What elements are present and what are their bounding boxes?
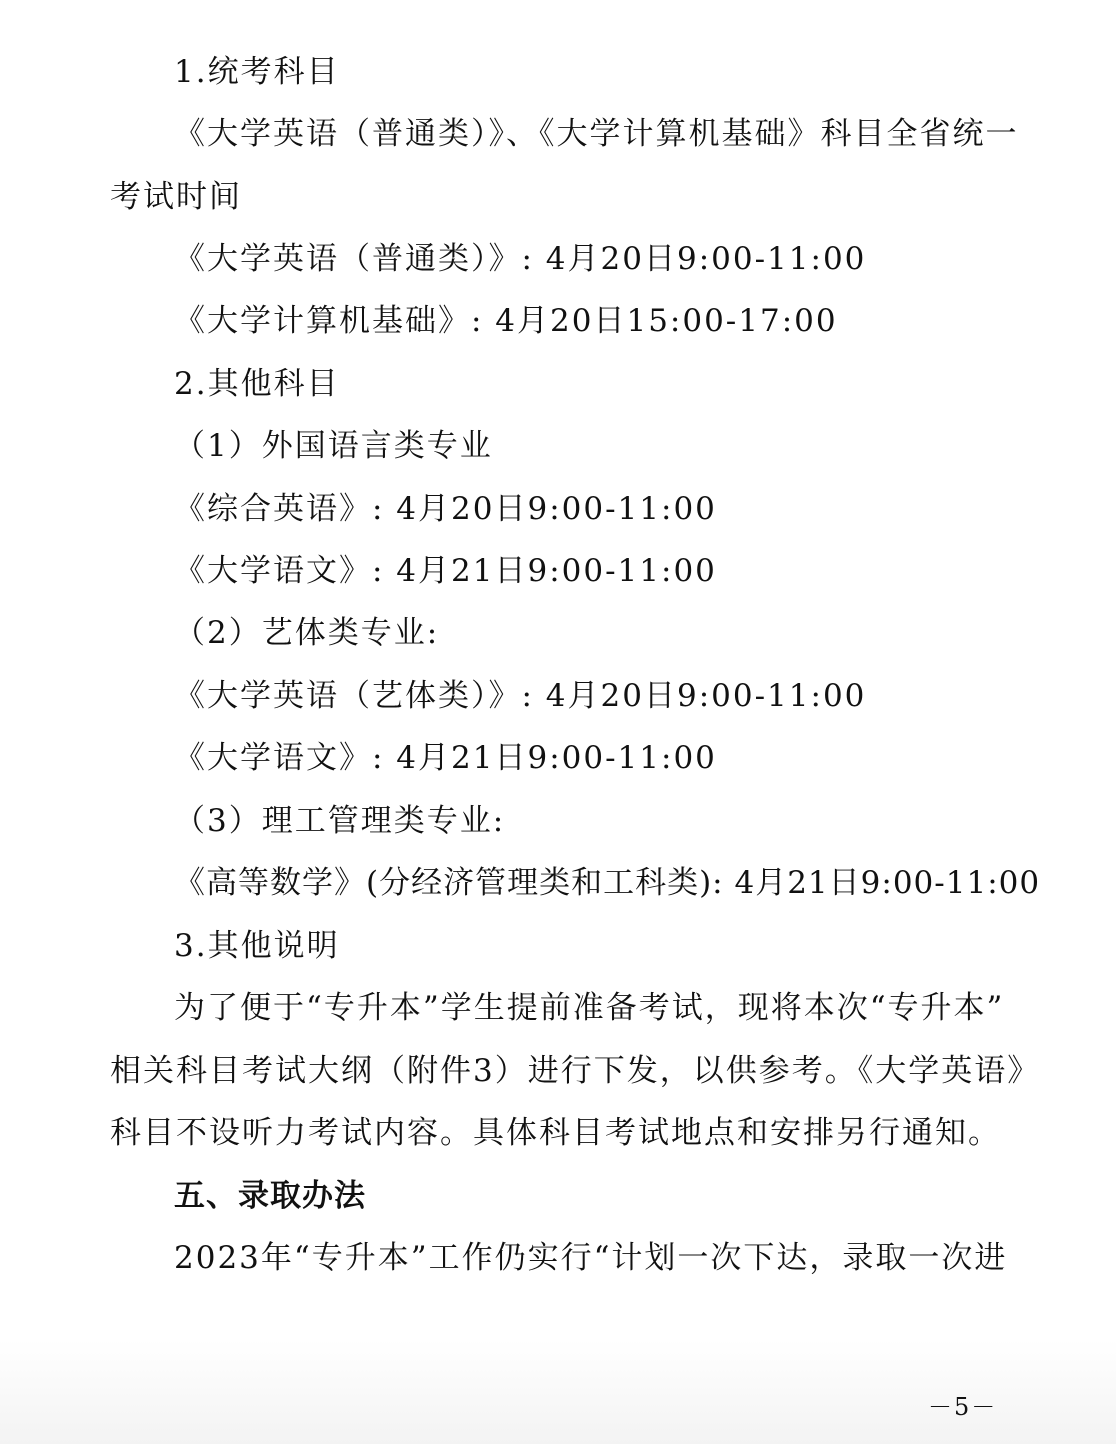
- paragraph-line: 2023年“专升本”工作仍实行“计划一次下达，录取一次进: [174, 1238, 1007, 1278]
- paragraph-line: 科目不设听力考试内容。具体科目考试地点和安排另行通知。: [110, 1113, 1001, 1153]
- subsection-heading-foreign-language: （1）外国语言类专业: [174, 426, 493, 466]
- paragraph-line: 为了便于“专升本”学生提前准备考试，现将本次“专升本”: [174, 988, 1004, 1028]
- subsection-heading-arts-sports: （2）艺体类专业:: [174, 613, 439, 653]
- exam-schedule-line: 《综合英语》: 4月20日9:00-11:00: [174, 489, 717, 529]
- exam-schedule-line: 《大学英语（普通类）》: 4月20日9:00-11:00: [174, 239, 866, 279]
- section-heading-other-subjects: 2.其他科目: [174, 364, 340, 404]
- exam-schedule-line: 《大学语文》: 4月21日9:00-11:00: [174, 738, 717, 778]
- exam-schedule-line: 《大学语文》: 4月21日9:00-11:00: [174, 551, 717, 591]
- chapter-heading-admission-method: 五、录取办法: [174, 1176, 366, 1216]
- exam-schedule-line: 《高等数学》(分经济管理类和工科类): 4月21日9:00-11:00: [174, 863, 1040, 903]
- section-heading-other-notes: 3.其他说明: [174, 926, 340, 966]
- document-page: 1.统考科目 《大学英语（普通类）》、《大学计算机基础》科目全省统一 考试时间 …: [0, 0, 1116, 1444]
- paragraph-line: 《大学英语（普通类）》、《大学计算机基础》科目全省统一: [174, 114, 1019, 154]
- section-heading-unified-subjects: 1.统考科目: [174, 52, 340, 92]
- exam-schedule-line: 《大学英语（艺体类）》: 4月20日9:00-11:00: [174, 676, 866, 716]
- page-number: －5－: [928, 1392, 997, 1422]
- subsection-heading-science-engineering: （3）理工管理类专业:: [174, 801, 505, 841]
- paragraph-line: 相关科目考试大纲（附件3）进行下发，以供参考。《大学英语》: [110, 1051, 1040, 1091]
- paragraph-line: 考试时间: [110, 177, 242, 217]
- exam-schedule-line: 《大学计算机基础》: 4月20日15:00-17:00: [174, 301, 838, 341]
